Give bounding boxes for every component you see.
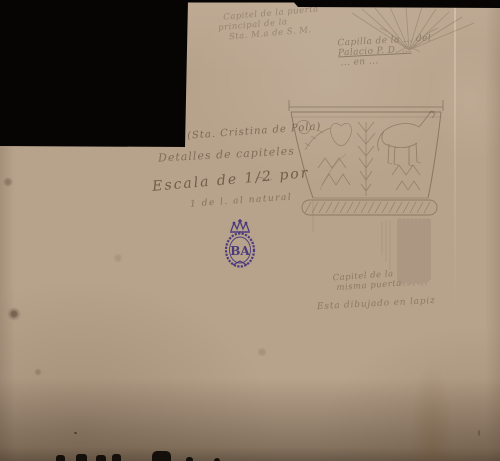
- cutoff-text-mark: [96, 455, 106, 461]
- stamp-letters: BA: [230, 244, 250, 258]
- missing-corner-cutout: [0, 0, 188, 147]
- cutoff-text-mark: [186, 457, 193, 461]
- scan-background-top-strip: [0, 0, 500, 9]
- scanned-archive-sheet: BA Capitel de la puerta principal de la …: [0, 0, 500, 461]
- cutoff-text-mark: [112, 454, 121, 461]
- animal-figure: [378, 111, 435, 166]
- cutoff-text-mark: [152, 451, 171, 461]
- cutoff-text-mark: [76, 454, 87, 461]
- scan-background-strip-shape: [0, 0, 500, 9]
- note-top-right: Capilla de la ... del Palacio P. D. ... …: [337, 34, 432, 69]
- measurement-line: [289, 100, 443, 111]
- library-stamp: BA: [226, 219, 254, 267]
- cutoff-text-mark: [56, 455, 65, 461]
- astragal-molding: [302, 200, 437, 215]
